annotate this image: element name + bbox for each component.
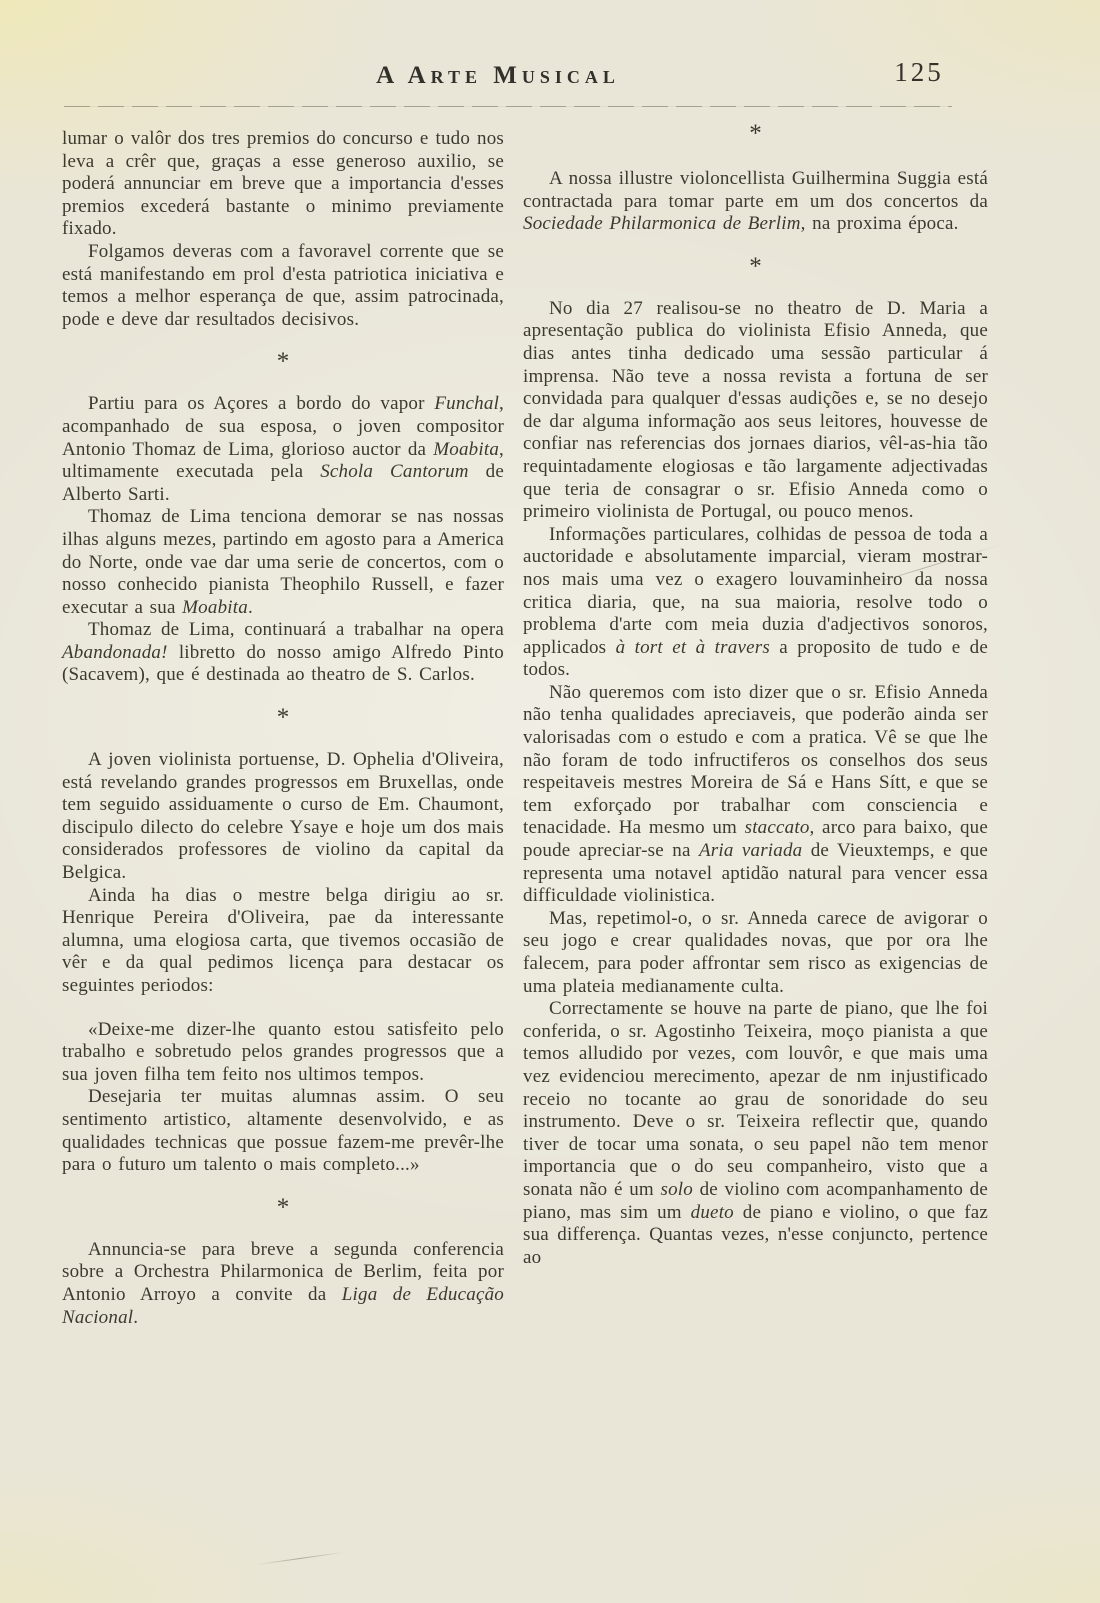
page-number: 125 xyxy=(884,57,954,88)
body-text: Correctamente se houve na parte de piano… xyxy=(523,998,988,1200)
italic-text: staccato xyxy=(745,817,810,838)
body-text: A nossa illustre violoncellista Guilherm… xyxy=(523,168,988,212)
body-text: . xyxy=(133,1307,138,1328)
body-text: Partiu para os Açores a bordo do vapor xyxy=(88,393,434,414)
body-text: Thomaz de Lima tenciona demorar se nas n… xyxy=(62,506,504,617)
paragraph: No dia 27 realisou-se no theatro de D. M… xyxy=(523,298,988,524)
paragraph: «Deixe-me dizer-lhe quanto estou satisfe… xyxy=(62,1019,504,1087)
asterisk-separator: * xyxy=(62,352,504,372)
paragraph: Thomaz de Lima tenciona demorar se nas n… xyxy=(62,506,504,619)
paragraph: Partiu para os Açores a bordo do vapor F… xyxy=(62,393,504,506)
body-text: No dia 27 realisou-se no theatro de D. M… xyxy=(523,298,988,522)
italic-text: Moabita xyxy=(433,439,499,460)
body-text: Ainda ha dias o mestre belga dirigiu ao … xyxy=(62,885,504,996)
magazine-page: A Arte Musical 125 lumar o valôr dos tre… xyxy=(0,0,1100,1603)
body-text: Não queremos com isto dizer que o sr. Ef… xyxy=(523,682,988,839)
body-text: . xyxy=(248,597,253,618)
paragraph: Ainda ha dias o mestre belga dirigiu ao … xyxy=(62,885,504,998)
body-text: «Deixe-me dizer-lhe quanto estou satisfe… xyxy=(62,1019,504,1085)
italic-text: Abandonada! xyxy=(62,642,168,663)
paragraph: A nossa illustre violoncellista Guilherm… xyxy=(523,168,988,236)
italic-text: Moabita xyxy=(182,597,248,618)
paragraph: Desejaria ter muitas alumnas assim. O se… xyxy=(62,1086,504,1176)
scan-crease xyxy=(255,1552,344,1566)
paragraph: Annuncia-se para breve a segunda confere… xyxy=(62,1239,504,1329)
paragraph: Não queremos com isto dizer que o sr. Ef… xyxy=(523,682,988,908)
asterisk-separator: * xyxy=(62,1198,504,1218)
body-text: Folgamos deveras com a favoravel corrent… xyxy=(62,241,504,330)
left-column: lumar o valôr dos tres premios do concur… xyxy=(62,128,504,1329)
body-text: , na proxima época. xyxy=(801,213,959,234)
asterisk-separator: * xyxy=(523,124,988,144)
italic-text: dueto xyxy=(691,1202,734,1223)
italic-text: solo xyxy=(660,1179,692,1200)
asterisk-separator: * xyxy=(523,257,988,277)
paragraph: lumar o valôr dos tres premios do concur… xyxy=(62,128,504,241)
paragraph: Informações particulares, colhidas de pe… xyxy=(523,524,988,682)
italic-text: Aria variada xyxy=(699,840,802,861)
italic-text: à tort et à travers xyxy=(616,637,770,658)
paragraph: Folgamos deveras com a favoravel corrent… xyxy=(62,241,504,331)
right-column: *A nossa illustre violoncellista Guilher… xyxy=(523,112,988,1269)
body-text: Mas, repetimol-o, o sr. Anneda carece de… xyxy=(523,908,988,997)
italic-text: Sociedade Philarmonica de Berlim xyxy=(523,213,801,234)
journal-title: A Arte Musical xyxy=(62,62,934,90)
body-text: A joven violinista portuense, D. Ophelia… xyxy=(62,749,504,883)
italic-text: Schola Cantorum xyxy=(320,461,469,482)
paragraph: A joven violinista portuense, D. Ophelia… xyxy=(62,749,504,885)
body-text: Desejaria ter muitas alumnas assim. O se… xyxy=(62,1086,504,1175)
paragraph: Thomaz de Lima, continuará a trabalhar n… xyxy=(62,619,504,687)
paragraph: Correctamente se houve na parte de piano… xyxy=(523,998,988,1269)
paragraph: Mas, repetimol-o, o sr. Anneda carece de… xyxy=(523,908,988,998)
body-text: lumar o valôr dos tres premios do concur… xyxy=(62,128,504,239)
body-text: Thomaz de Lima, continuará a trabalhar n… xyxy=(88,619,504,640)
header-rule xyxy=(64,106,952,107)
italic-text: Funchal xyxy=(434,393,499,414)
asterisk-separator: * xyxy=(62,708,504,728)
paragraph-gap xyxy=(62,998,504,1019)
